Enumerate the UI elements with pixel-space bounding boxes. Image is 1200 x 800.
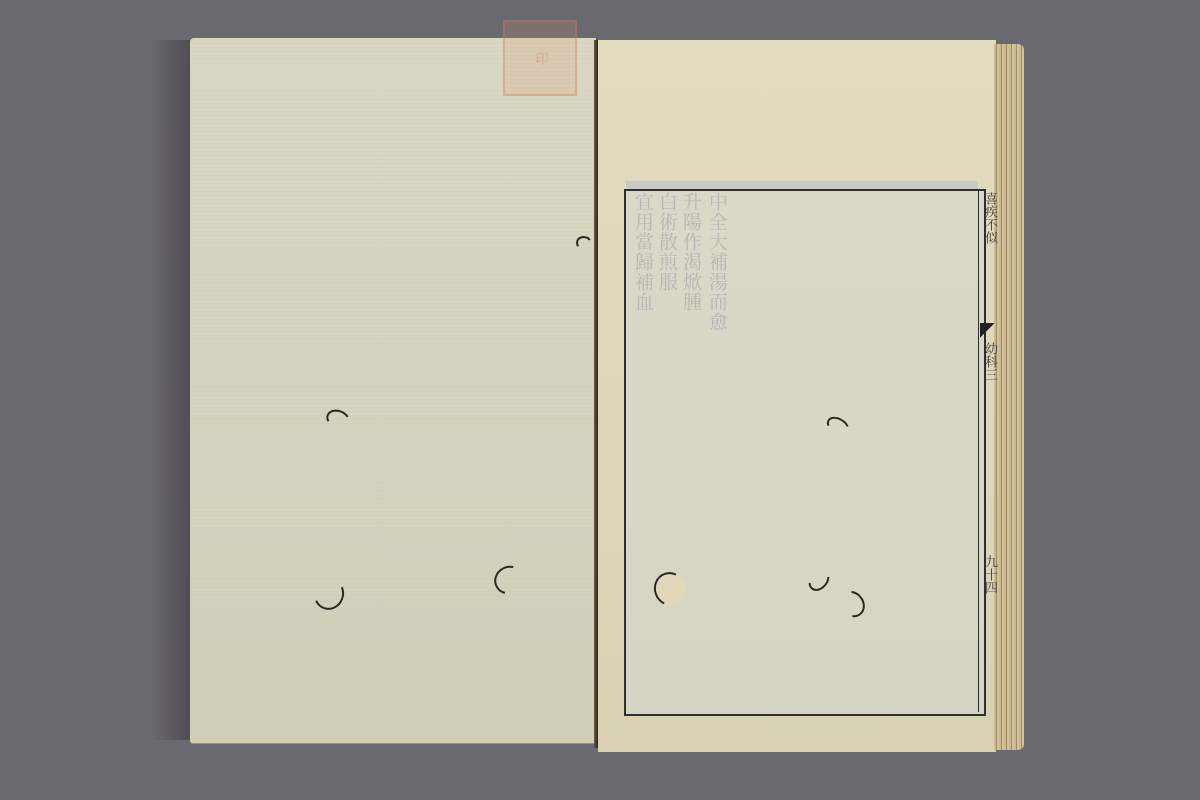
collection-seal-stamp: 印 xyxy=(503,20,577,96)
banxin-title: 喜疾不似 xyxy=(979,192,997,244)
show-through-column: 宜用當歸補血 xyxy=(630,192,655,312)
stamp-text: 印 xyxy=(531,52,550,65)
frame-top-shadow xyxy=(626,181,978,189)
banxin-page-number: 九十四 xyxy=(979,555,997,594)
wormhole-mark xyxy=(309,574,348,614)
wormhole-mark xyxy=(489,560,529,599)
show-through-column: 中全大補湯而愈 xyxy=(704,192,729,332)
wormhole-mark xyxy=(575,235,593,252)
show-through-column: 白術散煎服 xyxy=(654,192,679,292)
left-page xyxy=(190,38,598,744)
show-through-column: 升陽作渴焮腫 xyxy=(678,192,703,312)
wormhole-mark xyxy=(324,406,353,431)
center-column-banxin xyxy=(978,189,993,712)
banxin-section: 幼科三 xyxy=(979,342,997,381)
fishtail-mark-icon xyxy=(980,323,994,339)
page-edges xyxy=(994,44,1024,750)
